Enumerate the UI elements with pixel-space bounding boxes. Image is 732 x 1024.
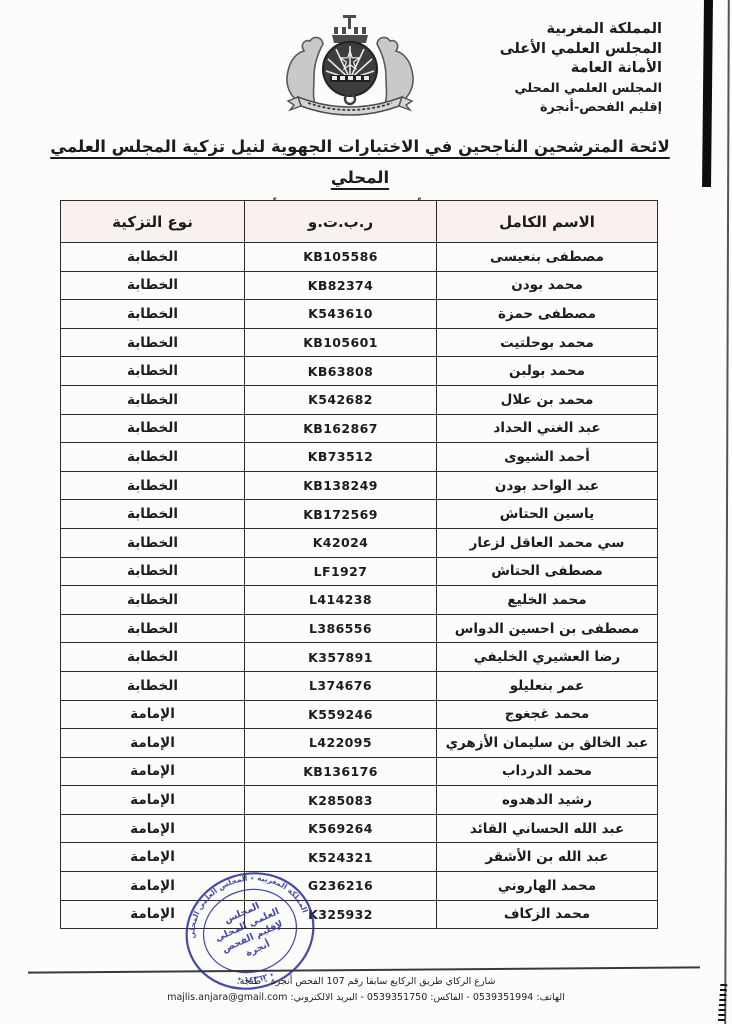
table-row: مصطفى الحتاش LF1927 الخطابة xyxy=(61,557,658,586)
candidate-id-cell: KB73512 xyxy=(245,443,437,472)
candidate-name-cell: مصطفى حمزة xyxy=(437,300,658,329)
candidate-id-cell: K569264 xyxy=(245,814,437,843)
candidate-id-cell: K543610 xyxy=(245,300,437,329)
endorsement-type-cell: الخطابة xyxy=(61,471,245,500)
table-row: محمد بودن KB82374 الخطابة xyxy=(61,271,658,300)
table-row: رشيد الدهدوه K285083 الإمامة xyxy=(61,786,658,815)
candidate-id-cell: L414238 xyxy=(245,586,437,615)
table-row: مصطفى بن احسين الدواس L386556 الخطابة xyxy=(61,614,658,643)
endorsement-type-cell: الخطابة xyxy=(61,614,245,643)
candidate-name-cell: محمد بن علال xyxy=(437,385,658,414)
table-row: عبد الغني الحداد KB162867 الخطابة xyxy=(61,414,658,443)
candidates-table: الاسم الكامل ر.ب.ت.و نوع التزكية مصطفى ب… xyxy=(60,200,658,929)
table-header-endorsement-type: نوع التزكية xyxy=(61,201,245,243)
candidate-name-cell: سي محمد العاقل لزعار xyxy=(437,528,658,557)
table-row: محمد الزكاف K325932 الإمامة xyxy=(61,900,658,929)
table-body: مصطفى بنعيسى KB105586 الخطابة محمد بودن … xyxy=(61,243,658,929)
scan-artifact-edge-line xyxy=(724,0,730,1024)
candidate-id-cell: LF1927 xyxy=(245,557,437,586)
table-header-id-number: ر.ب.ت.و xyxy=(245,201,437,243)
endorsement-type-cell: الخطابة xyxy=(61,300,245,329)
candidate-name-cell: عبد الواحد بودن xyxy=(437,471,658,500)
candidate-id-cell: L422095 xyxy=(245,729,437,758)
candidate-id-cell: K285083 xyxy=(245,786,437,815)
table-row: ياسين الحتاش KB172569 الخطابة xyxy=(61,500,658,529)
endorsement-type-cell: الخطابة xyxy=(61,243,245,272)
endorsement-type-cell: الخطابة xyxy=(61,528,245,557)
candidate-name-cell: محمد غجغوج xyxy=(437,700,658,729)
endorsement-type-cell: الخطابة xyxy=(61,414,245,443)
candidate-name-cell: مصطفى بن احسين الدواس xyxy=(437,614,658,643)
endorsement-type-cell: الخطابة xyxy=(61,671,245,700)
candidate-name-cell: مصطفى الحتاش xyxy=(437,557,658,586)
candidate-name-cell: أحمد الشيوى xyxy=(437,443,658,472)
candidate-id-cell: L374676 xyxy=(245,671,437,700)
letterhead-line: المجلس العلمي الأعلى xyxy=(500,40,662,60)
candidate-id-cell: K42024 xyxy=(245,528,437,557)
candidate-name-cell: محمد بودن xyxy=(437,271,658,300)
table-row: مصطفى بنعيسى KB105586 الخطابة xyxy=(61,243,658,272)
footer-divider xyxy=(28,966,700,973)
table-row: محمد الخليع L414238 الخطابة xyxy=(61,586,658,615)
endorsement-type-cell: الإمامة xyxy=(61,700,245,729)
endorsement-type-cell: الإمامة xyxy=(61,786,245,815)
letterhead-line: الأمانة العامة xyxy=(500,59,662,79)
table-row: عبد الله بن الأشقر K524321 الإمامة xyxy=(61,843,658,872)
candidate-id-cell: KB105601 xyxy=(245,328,437,357)
table-row: محمد غجغوج K559246 الإمامة xyxy=(61,700,658,729)
table-header-row: الاسم الكامل ر.ب.ت.و نوع التزكية xyxy=(61,201,658,243)
table-row: محمد بن علال K542682 الخطابة xyxy=(61,385,658,414)
table-row: رضا العشيري الخليفي K357891 الخطابة xyxy=(61,643,658,672)
letterhead-line: إقليم الفحص-أنجرة xyxy=(500,98,662,118)
footer-contact: الهاتف: 0539351994 - الفاكس: 0539351750 … xyxy=(0,992,732,1003)
letterhead-line: المجلس العلمي المحلي xyxy=(500,79,662,99)
table-row: عبد الخالق بن سليمان الأزهري L422095 الإ… xyxy=(61,729,658,758)
table-row: محمد الهاروني G236216 الإمامة xyxy=(61,872,658,901)
candidate-id-cell: K542682 xyxy=(245,385,437,414)
endorsement-type-cell: الإمامة xyxy=(61,814,245,843)
candidate-name-cell: عبد الله بن الأشقر xyxy=(437,843,658,872)
endorsement-type-cell: الإمامة xyxy=(61,757,245,786)
candidate-name-cell: محمد بولبن xyxy=(437,357,658,386)
table-row: مصطفى حمزة K543610 الخطابة xyxy=(61,300,658,329)
candidate-name-cell: محمد الهاروني xyxy=(437,872,658,901)
endorsement-type-cell: الإمامة xyxy=(61,729,245,758)
candidate-name-cell: مصطفى بنعيسى xyxy=(437,243,658,272)
candidate-id-cell: K559246 xyxy=(245,700,437,729)
endorsement-type-cell: الخطابة xyxy=(61,443,245,472)
candidate-name-cell: ياسين الحتاش xyxy=(437,500,658,529)
endorsement-type-cell: الخطابة xyxy=(61,271,245,300)
endorsement-type-cell: الخطابة xyxy=(61,557,245,586)
letterhead: المملكة المغربية المجلس العلمي الأعلى ال… xyxy=(500,20,662,118)
letterhead-line: المملكة المغربية xyxy=(500,20,662,40)
footer-address: شارع الركاي طريق الركايع سابقا رقم 107 ا… xyxy=(0,976,732,987)
endorsement-type-cell: الخطابة xyxy=(61,586,245,615)
table-row: محمد الدرداب KB136176 الإمامة xyxy=(61,757,658,786)
candidate-name-cell: عمر بنعليلو xyxy=(437,671,658,700)
candidate-name-cell: محمد بوحلتيت xyxy=(437,328,658,357)
candidate-id-cell: KB138249 xyxy=(245,471,437,500)
candidate-id-cell: KB162867 xyxy=(245,414,437,443)
candidate-name-cell: محمد الخليع xyxy=(437,586,658,615)
endorsement-type-cell: الخطابة xyxy=(61,385,245,414)
candidate-name-cell: عبد الخالق بن سليمان الأزهري xyxy=(437,729,658,758)
candidate-name-cell: رشيد الدهدوه xyxy=(437,786,658,815)
scanned-document-page: المملكة المغربية المجلس العلمي الأعلى ال… xyxy=(0,0,732,1024)
candidate-name-cell: محمد الزكاف xyxy=(437,900,658,929)
candidate-id-cell: K357891 xyxy=(245,643,437,672)
table-row: سي محمد العاقل لزعار K42024 الخطابة xyxy=(61,528,658,557)
candidate-name-cell: عبد الغني الحداد xyxy=(437,414,658,443)
scan-artifact-streak xyxy=(702,0,713,187)
table-row: عبد الواحد بودن KB138249 الخطابة xyxy=(61,471,658,500)
endorsement-type-cell: الخطابة xyxy=(61,357,245,386)
table-row: عمر بنعليلو L374676 الخطابة xyxy=(61,671,658,700)
table-row: أحمد الشيوى KB73512 الخطابة xyxy=(61,443,658,472)
candidate-name-cell: عبد الله الحساني القائد xyxy=(437,814,658,843)
candidate-id-cell: KB105586 xyxy=(245,243,437,272)
candidate-name-cell: محمد الدرداب xyxy=(437,757,658,786)
candidate-id-cell: KB82374 xyxy=(245,271,437,300)
coat-of-arms-icon xyxy=(268,13,432,123)
candidate-id-cell: KB63808 xyxy=(245,357,437,386)
table-row: محمد بوحلتيت KB105601 الخطابة xyxy=(61,328,658,357)
candidate-id-cell: L386556 xyxy=(245,614,437,643)
endorsement-type-cell: الخطابة xyxy=(61,643,245,672)
candidate-id-cell: KB172569 xyxy=(245,500,437,529)
endorsement-type-cell: الخطابة xyxy=(61,500,245,529)
candidate-name-cell: رضا العشيري الخليفي xyxy=(437,643,658,672)
table-header-full-name: الاسم الكامل xyxy=(437,201,658,243)
endorsement-type-cell: الخطابة xyxy=(61,328,245,357)
document-title-line-1: لائحة المترشحين الناجحين في الاختبارات ا… xyxy=(30,131,690,193)
table-row: محمد بولبن KB63808 الخطابة xyxy=(61,357,658,386)
table-row: عبد الله الحساني القائد K569264 الإمامة xyxy=(61,814,658,843)
candidate-id-cell: KB136176 xyxy=(245,757,437,786)
